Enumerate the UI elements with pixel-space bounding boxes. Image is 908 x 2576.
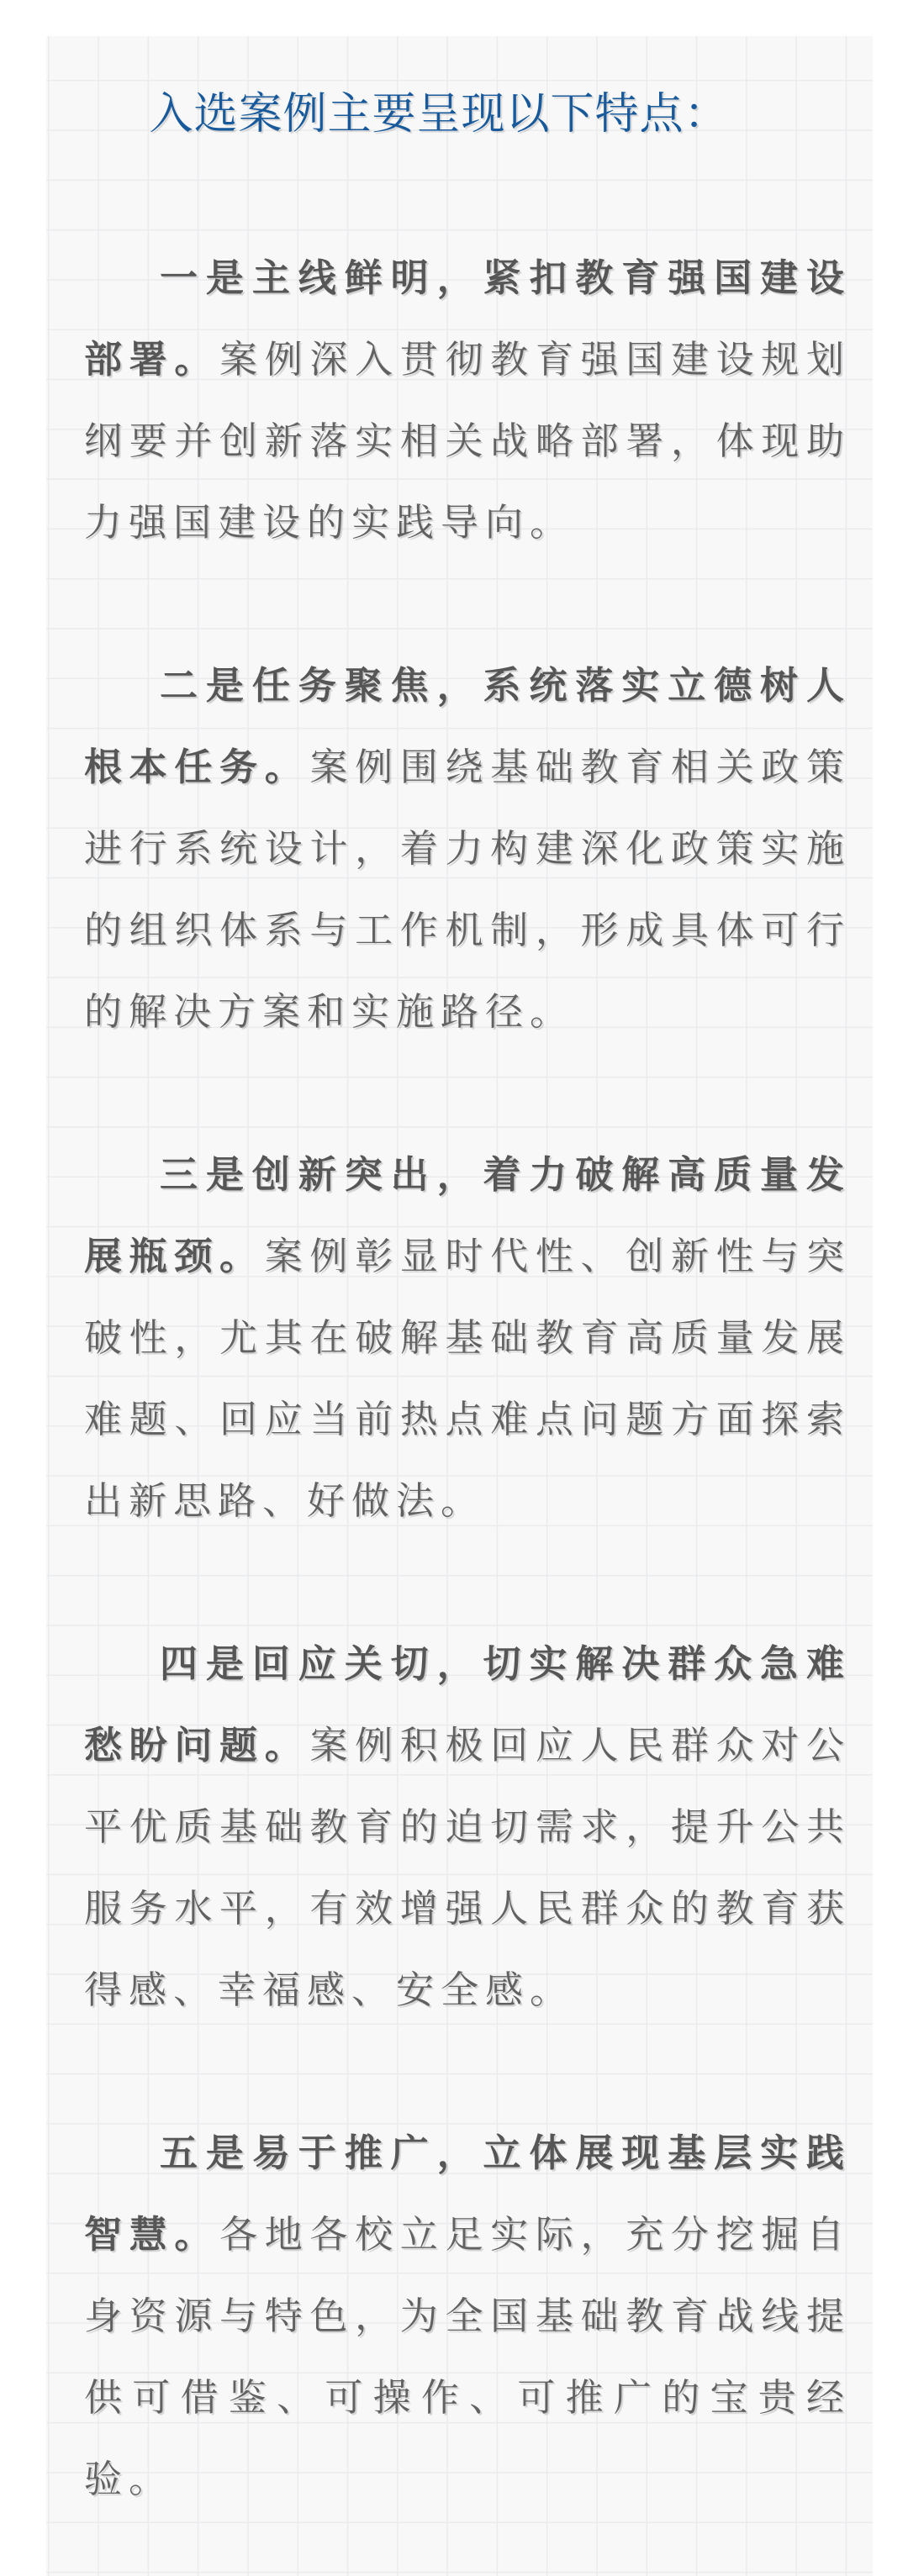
- section-heading: 入选案例主要呈现以下特点：: [55, 74, 822, 155]
- feature-paragraph-4: 四是回应关切，切实解决群众急难愁盼问题。案例积极回应人民群众对公平优质基础教育的…: [84, 1623, 851, 2031]
- paragraph-4-body: 案例积极回应人民群众对公平优质基础教育的迫切需求，提升公共服务水平，有效增强人民…: [84, 1724, 851, 2011]
- paragraph-3-body: 案例彰显时代性、创新性与突破性，尤其在破解基础教育高质量发展难题、回应当前热点难…: [84, 1235, 851, 1522]
- feature-paragraph-2: 二是任务聚焦，系统落实立德树人根本任务。案例围绕基础教育相关政策进行系统设计，着…: [84, 645, 851, 1052]
- content-column: 入选案例主要呈现以下特点： 一是主线鲜明，紧扣教育强国建设部署。案例深入贯彻教育…: [84, 74, 851, 2520]
- feature-paragraph-5: 五是易于推广，立体展现基层实践智慧。各地各校立足实际，充分挖掘自身资源与特色，为…: [84, 2112, 851, 2520]
- article-text-image: 入选案例主要呈现以下特点： 一是主线鲜明，紧扣教育强国建设部署。案例深入贯彻教育…: [0, 0, 908, 2576]
- feature-paragraph-1: 一是主线鲜明，紧扣教育强国建设部署。案例深入贯彻教育强国建设规划纲要并创新落实相…: [84, 237, 851, 563]
- paragraph-2-body: 案例围绕基础教育相关政策进行系统设计，着力构建深化政策实施的组织体系与工作机制，…: [84, 745, 851, 1033]
- feature-paragraph-3: 三是创新突出，着力破解高质量发展瓶颈。案例彰显时代性、创新性与突破性，尤其在破解…: [84, 1134, 851, 1541]
- paragraph-5-body: 各地各校立足实际，充分挖掘自身资源与特色，为全国基础教育战线提供可借鉴、可操作、…: [84, 2213, 851, 2500]
